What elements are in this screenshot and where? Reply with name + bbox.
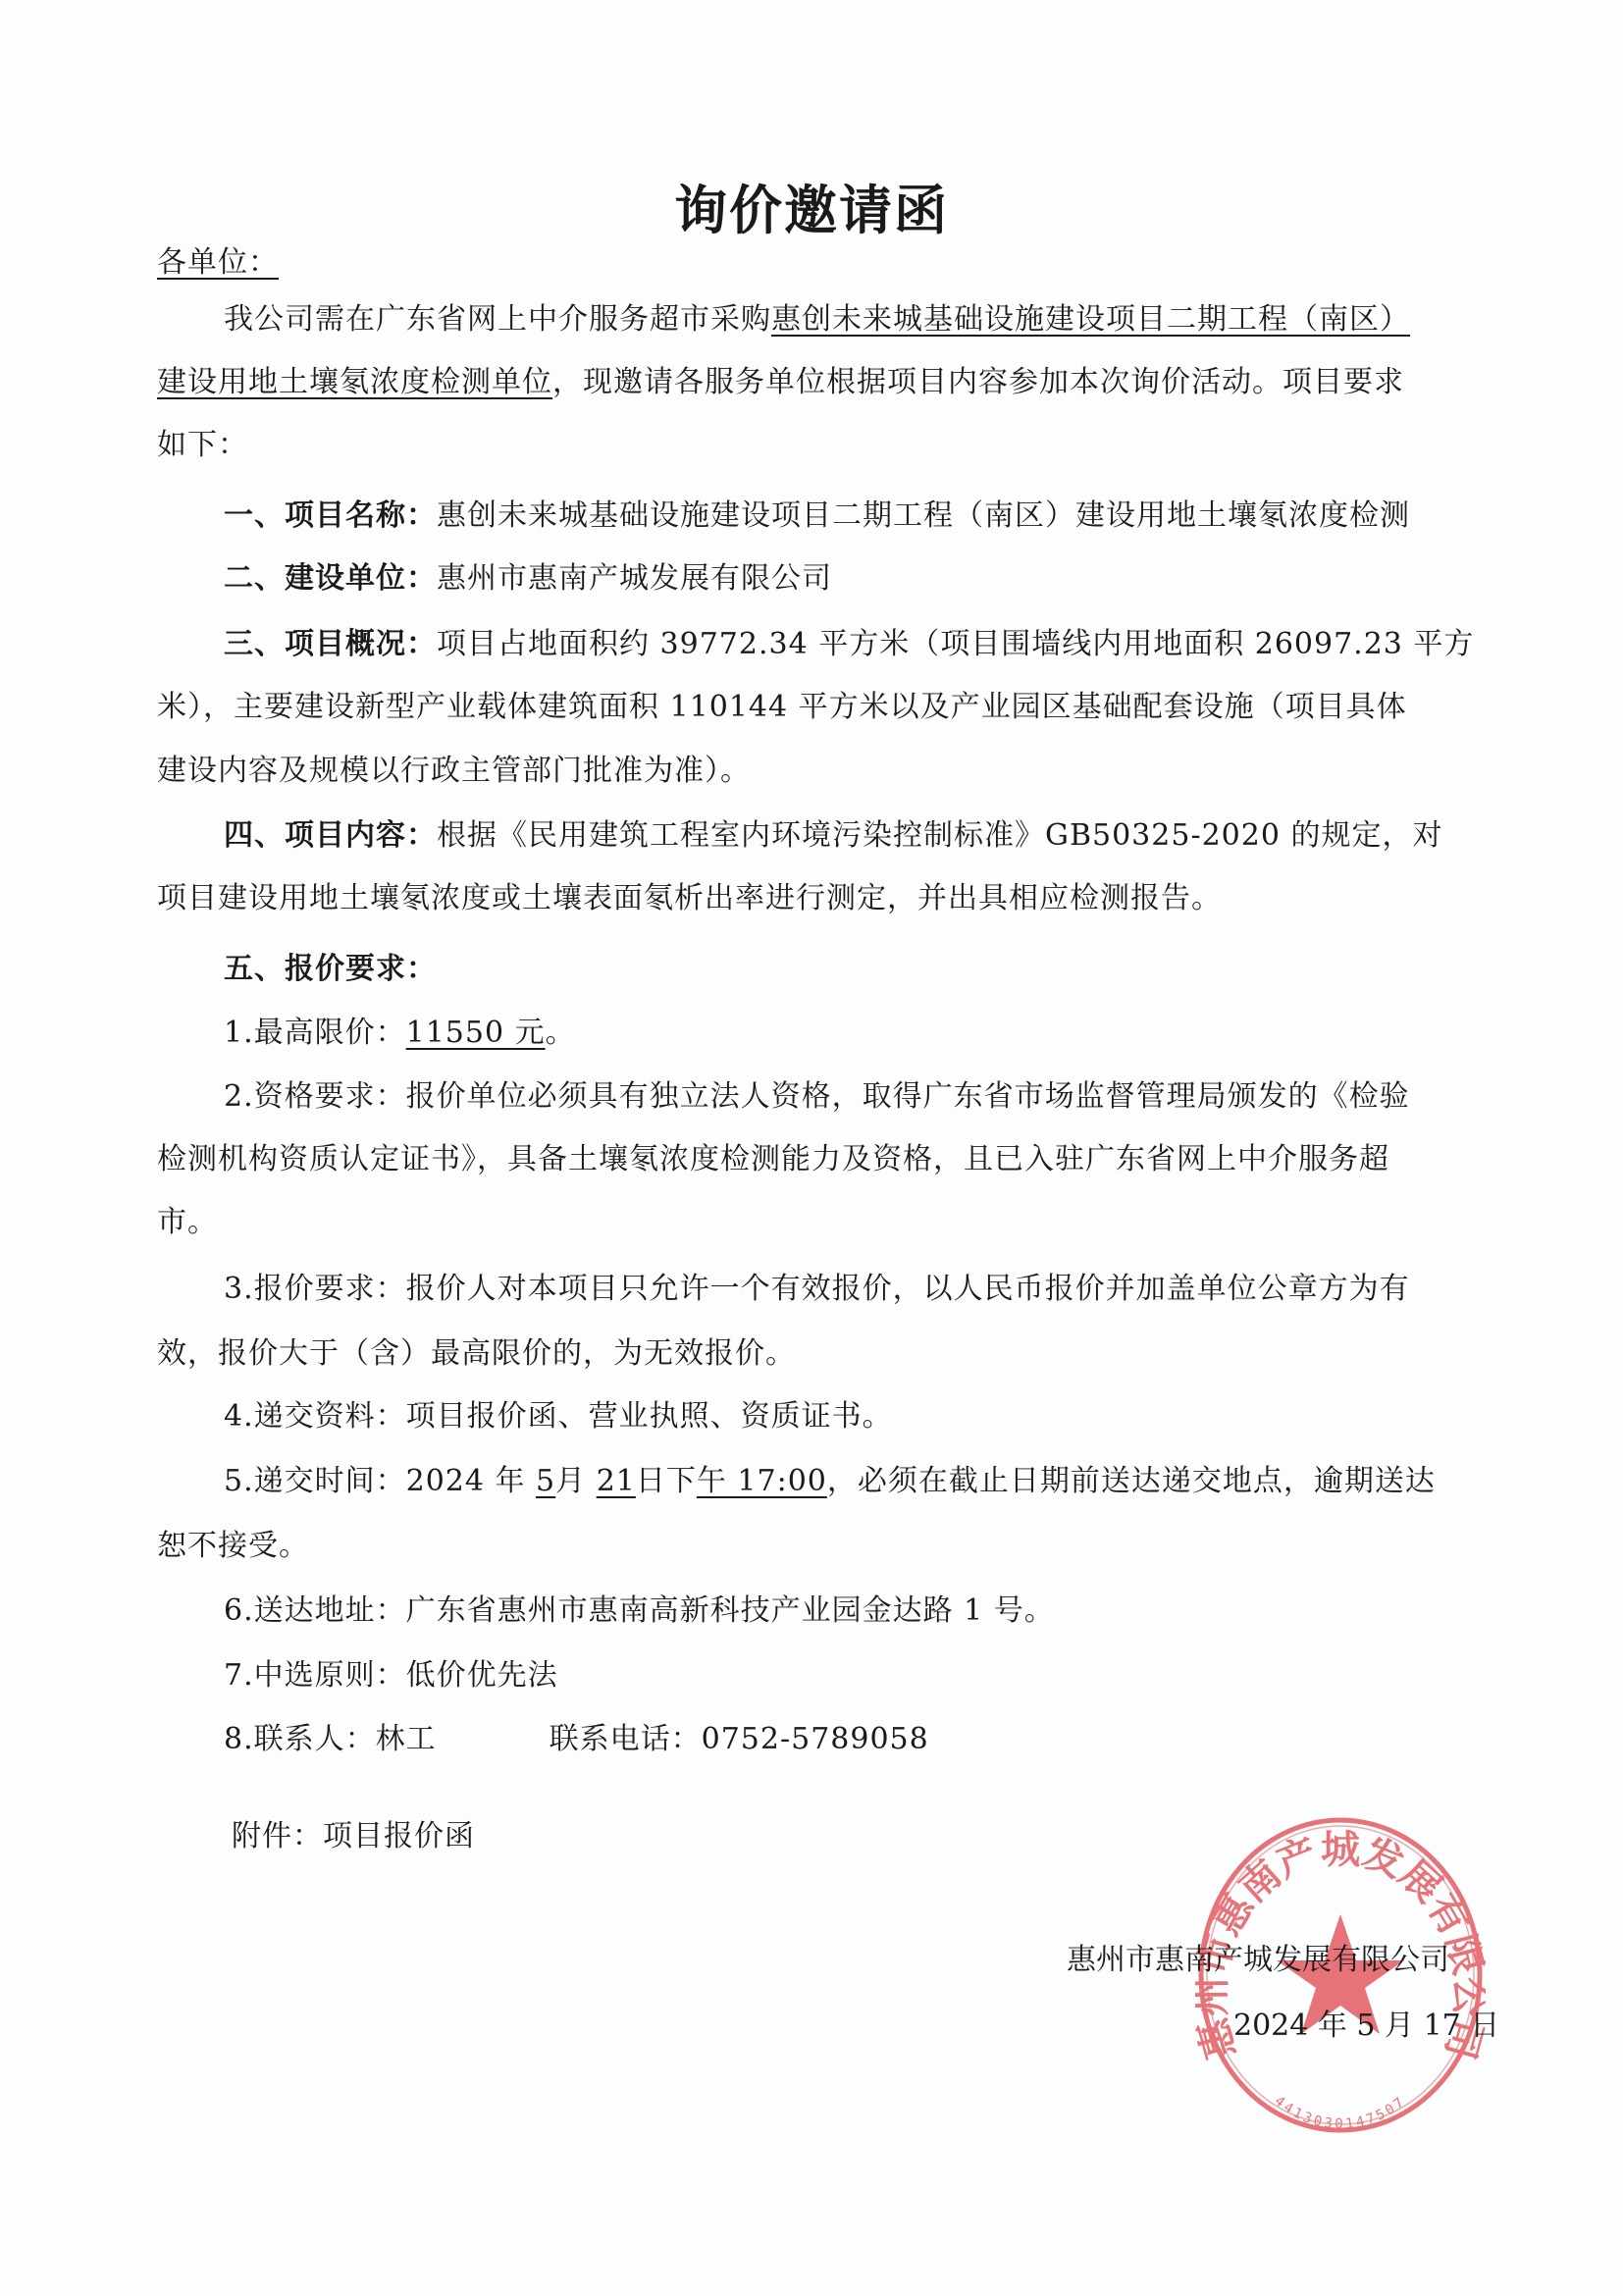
req-label: 5.递交时间：2024 年 [224, 1464, 536, 1498]
svg-text:4413030147507: 4413030147507 [1272, 2093, 1410, 2132]
section-quote-requirements: 五、报价要求： [224, 950, 437, 989]
section-builder: 二、建设单位：惠州市惠南产城发展有限公司 [224, 559, 832, 599]
req-qualification-line-3: 市。 [157, 1203, 218, 1242]
section-text: 惠州市惠南产城发展有限公司 [437, 561, 832, 596]
project-name-underlined: 惠创未来城基础设施建设项目二期工程（南区） [771, 302, 1410, 337]
req-qualification: 2.资格要求：报价单位必须具有独立法人资格，取得广东省市场监督管理局颁发的《检验 [224, 1077, 1410, 1117]
req-deadline: 5.递交时间：2024 年 5月 21日下午 17:00，必须在截止日期前送达递… [224, 1462, 1436, 1501]
req-quote-line-2: 效，报价大于（含）最高限价的，为无效报价。 [157, 1334, 796, 1374]
attachment-note: 附件：项目报价函 [232, 1817, 475, 1856]
contact-phone: 联系电话：0752-5789058 [550, 1722, 929, 1756]
section-label: 一、项目名称： [224, 498, 437, 533]
section-text: 惠创未来城基础设施建设项目二期工程（南区）建设用地土壤氡浓度检测 [437, 498, 1410, 533]
req-quote: 3.报价要求：报价人对本项目只允许一个有效报价，以人民币报价并加盖单位公章方为有 [224, 1270, 1410, 1309]
inquiry-letter-page: 询价邀请函 各单位： 我公司需在广东省网上中介服务超市采购惠创未来城基础设施建设… [0, 0, 1623, 2296]
req-address: 6.送达地址：广东省惠州市惠南高新科技产业园金达路 1 号。 [224, 1592, 1055, 1631]
section-label: 二、建设单位： [224, 561, 437, 596]
max-price-value: 11550 元 [406, 1016, 546, 1050]
req-max-price: 1.最高限价：11550 元。 [224, 1014, 576, 1053]
signature-date: 2024 年 5 月 17 日 [1233, 2007, 1499, 2046]
day-unit: 日下 [636, 1464, 697, 1498]
req-deadline-line-2: 恕不接受。 [157, 1527, 309, 1566]
intro-line-2: 建设用地土壤氡浓度检测单位，现邀请各服务单位根据项目内容参加本次询价活动。项目要… [157, 363, 1404, 402]
intro-line-3: 如下： [157, 426, 248, 465]
signature-company: 惠州市惠南产城发展有限公司 [1067, 1941, 1449, 1980]
intro-line-1: 我公司需在广东省网上中介服务超市采购惠创未来城基础设施建设项目二期工程（南区） [224, 300, 1410, 339]
section-project-name: 一、项目名称：惠创未来城基础设施建设项目二期工程（南区）建设用地土壤氡浓度检测 [224, 496, 1410, 536]
deadline-time: 午 17:00 [697, 1464, 827, 1498]
section-overview-line-3: 建设内容及规模以行政主管部门批准为准）。 [157, 752, 751, 791]
salutation: 各单位： [157, 243, 279, 283]
deadline-note: ，必须在截止日期前送达递交地点，逾期送达 [827, 1464, 1436, 1498]
req-documents: 4.递交资料：项目报价函、营业执照、资质证书。 [224, 1397, 893, 1436]
contact-person: 8.联系人：林工 [224, 1722, 437, 1756]
section-overview: 三、项目概况：项目占地面积约 39772.34 平方米（项目围墙线内用地面积 2… [224, 625, 1474, 664]
req-selection-principle: 7.中选原则：低价优先法 [224, 1656, 558, 1696]
deadline-month: 5 [536, 1464, 555, 1498]
section-overview-line-2: 米），主要建设新型产业载体建筑面积 110144 平方米以及产业园区基础配套设施… [157, 688, 1407, 727]
section-content: 四、项目内容：根据《民用建筑工程室内环境污染控制标准》GB50325-2020 … [224, 816, 1442, 856]
intro-text: 我公司需在广东省网上中介服务超市采购 [224, 302, 771, 337]
section-text: 项目占地面积约 39772.34 平方米（项目围墙线内用地面积 26097.23… [437, 627, 1474, 661]
section-label: 三、项目概况： [224, 627, 437, 661]
project-name-underlined-cont: 建设用地土壤氡浓度检测单位 [157, 365, 552, 399]
intro-text-cont: ，现邀请各服务单位根据项目内容参加本次询价活动。项目要求 [552, 365, 1404, 399]
month-unit: 月 [555, 1464, 597, 1498]
section-label: 四、项目内容： [224, 818, 437, 853]
deadline-day: 21 [597, 1464, 636, 1498]
section-content-line-2: 项目建设用地土壤氡浓度或土壤表面氡析出率进行测定，并出具相应检测报告。 [157, 879, 1222, 918]
section-text: 根据《民用建筑工程室内环境污染控制标准》GB50325-2020 的规定，对 [437, 818, 1442, 853]
req-contact: 8.联系人：林工联系电话：0752-5789058 [224, 1720, 929, 1759]
req-label: 1.最高限价： [224, 1016, 406, 1050]
punctuation: 。 [546, 1016, 576, 1050]
document-title: 询价邀请函 [0, 169, 1623, 244]
req-qualification-line-2: 检测机构资质认定证书》，具备土壤氡浓度检测能力及资格，且已入驻广东省网上中介服务… [157, 1140, 1389, 1179]
